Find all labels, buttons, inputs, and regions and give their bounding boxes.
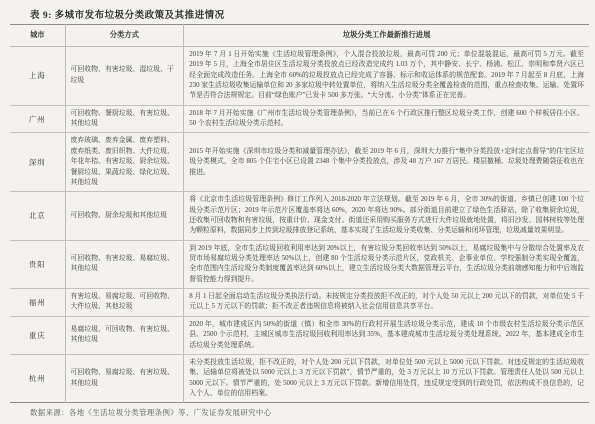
- table-body: 上海可回收物、有害垃圾、湿垃圾、干垃圾2019 年 7 月 1 日开始实施《生活…: [10, 46, 589, 402]
- table-row: 北京可回收物、厨余垃圾和其他垃圾将《北京市生活垃圾管理条例》修订工作列入 201…: [10, 192, 589, 240]
- method-cell: 可回收物、厨余垃圾和其他垃圾: [65, 192, 184, 240]
- city-cell: 福州: [10, 289, 65, 317]
- table-row: 贵阳可回收物、有害垃圾、易腐垃圾、其他垃圾到 2019 年底，全市生活垃圾回收利…: [10, 240, 589, 288]
- policy-table-container: 城市 分类方式 垃圾分类工作最新推行进展 上海可回收物、有害垃圾、湿垃圾、干垃圾…: [10, 24, 589, 403]
- method-cell: 有害垃圾、易腐垃圾、可回收物、大件垃圾、其他垃圾: [65, 289, 184, 317]
- city-cell: 贵阳: [10, 240, 65, 288]
- header-city: 城市: [10, 25, 65, 47]
- method-cell: 可回收物、易腐垃圾、有害垃圾、其他垃圾: [65, 354, 184, 402]
- city-cell: 上海: [10, 46, 65, 105]
- progress-cell: 2015 年开始实施《深圳市垃圾分类和减量管理办法》，截至 2019 年 6 月…: [184, 133, 589, 192]
- progress-cell: 未分类投放生活垃圾，拒不改正的，对个人处 200 元以下罚款，对单位处 500 …: [184, 354, 589, 402]
- city-cell: 重庆: [10, 316, 65, 354]
- table-row: 上海可回收物、有害垃圾、湿垃圾、干垃圾2019 年 7 月 1 日开始实施《生活…: [10, 46, 589, 105]
- progress-cell: 2019 年 7 月 1 日开始实施《生活垃圾管理条例》，个人混合投放垃圾，最高…: [184, 46, 589, 105]
- progress-cell: 2018 年 7 月开始实施《广州市生活垃圾分类管理条例》，当前已在 6 个行政…: [184, 105, 589, 133]
- method-cell: 可回收物、有害垃圾、易腐垃圾、其他垃圾: [65, 240, 184, 288]
- method-cell: 易腐垃圾、可回收物、有害垃圾、其他垃圾: [65, 316, 184, 354]
- table-row: 广州可回收物、餐厨垃圾、有害垃圾、其他垃圾2018 年 7 月开始实施《广州市生…: [10, 105, 589, 133]
- policy-table: 城市 分类方式 垃圾分类工作最新推行进展 上海可回收物、有害垃圾、湿垃圾、干垃圾…: [10, 24, 589, 403]
- figure-title: 表 9: 多城市发布垃圾分类政策及其推进情况: [30, 7, 225, 21]
- table-row: 重庆易腐垃圾、可回收物、有害垃圾、其他垃圾2020 年，城市建成区内 50%的街…: [10, 316, 589, 354]
- report-figure-page: 表 9: 多城市发布垃圾分类政策及其推进情况 城市 分类方式 垃圾分类工作最新推…: [0, 0, 595, 424]
- method-cell: 可回收物、有害垃圾、湿垃圾、干垃圾: [65, 46, 184, 105]
- table-row: 福州有害垃圾、易腐垃圾、可回收物、大件垃圾、其他垃圾8 月 1 日起全面启动生活…: [10, 289, 589, 317]
- progress-cell: 将《北京市生活垃圾管理条例》修订工作列入 2018-2020 年立法规划。截至 …: [184, 192, 589, 240]
- city-cell: 深圳: [10, 133, 65, 192]
- data-source-note: 数据来源：各地《生活垃圾分类管理条例》等、广发证券发展研究中心: [30, 407, 272, 418]
- progress-cell: 2020 年，城市建成区内 50%的街道（镇）和全市 30%的行政村开展生活垃圾…: [184, 316, 589, 354]
- table-row: 杭州可回收物、易腐垃圾、有害垃圾、其他垃圾未分类投放生活垃圾，拒不改正的，对个人…: [10, 354, 589, 402]
- table-row: 深圳废弃玻璃、废弃金属、废弃塑料、废弃纸类、废旧织物、大件垃圾、年花年桔、有害垃…: [10, 133, 589, 192]
- method-cell: 废弃玻璃、废弃金属、废弃塑料、废弃纸类、废旧织物、大件垃圾、年花年桔、有害垃圾、…: [65, 133, 184, 192]
- progress-cell: 到 2019 年底，全市生活垃圾回收利用率达到 20%以上，有害垃圾分类回收率达…: [184, 240, 589, 288]
- progress-cell: 8 月 1 日起全面启动生活垃圾分类执法行动。未按规定分类投放拒不改正的，对个人…: [184, 289, 589, 317]
- method-cell: 可回收物、餐厨垃圾、有害垃圾、其他垃圾: [65, 105, 184, 133]
- header-progress: 垃圾分类工作最新推行进展: [184, 25, 589, 47]
- header-method: 分类方式: [65, 25, 184, 47]
- city-cell: 广州: [10, 105, 65, 133]
- city-cell: 杭州: [10, 354, 65, 402]
- table-header-row: 城市 分类方式 垃圾分类工作最新推行进展: [10, 25, 589, 47]
- city-cell: 北京: [10, 192, 65, 240]
